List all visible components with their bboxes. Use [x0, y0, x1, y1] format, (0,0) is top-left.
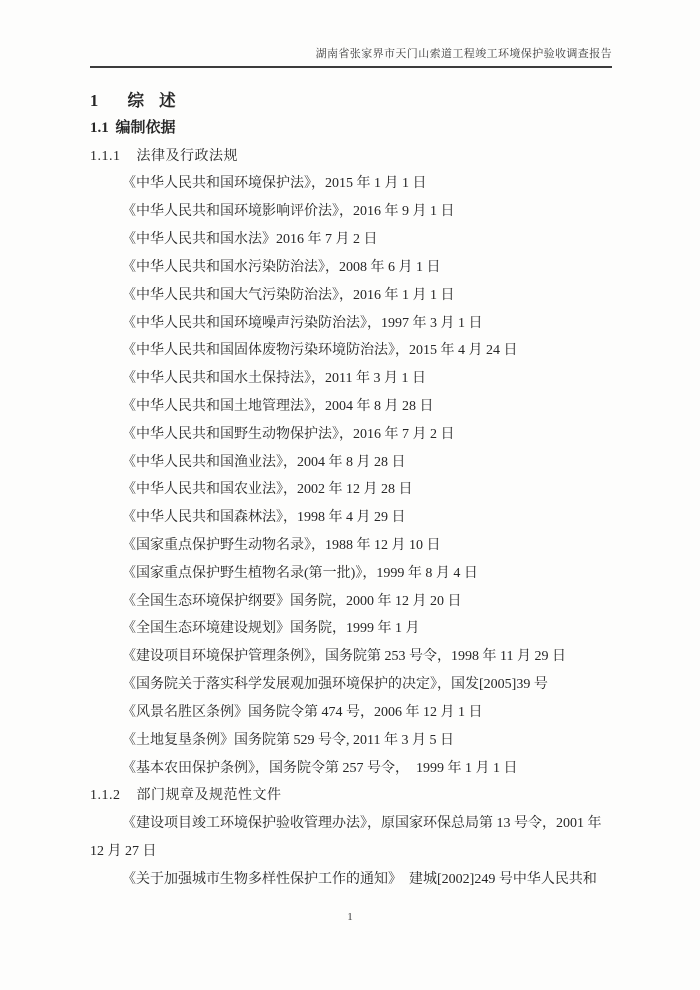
heading-1-overview: 1 综 述: [90, 87, 618, 115]
heading-1-1-2: 1.1.2 部门规章及规范性文件: [90, 782, 618, 810]
law-item: 《国家重点保护野生动物名录》，1988 年 12 月 10 日: [90, 532, 618, 560]
law-item: 《建设项目环境保护管理条例》，国务院第 253 号令，1998 年 11 月 2…: [90, 643, 618, 671]
law-item: 《基本农田保护条例》，国务院令第 257 号令， 1999 年 1 月 1 日: [90, 755, 618, 783]
law-item: 《全国生态环境保护纲要》国务院，2000 年 12 月 20 日: [90, 588, 618, 616]
law-item: 《关于加强城市生物多样性保护工作的通知》 建城[2002]249 号中华人民共和: [90, 866, 618, 894]
law-item: 《全国生态环境建设规划》国务院，1999 年 1 月: [90, 615, 618, 643]
law-item: 《中华人民共和国野生动物保护法》，2016 年 7 月 2 日: [90, 421, 618, 449]
law-item: 《国务院关于落实科学发展观加强环境保护的决定》，国发[2005]39 号: [90, 671, 618, 699]
law-item: 《中华人民共和国土地管理法》，2004 年 8 月 28 日: [90, 393, 618, 421]
running-head-title: 湖南省张家界市天门山索道工程竣工环境保护验收调查报告: [316, 45, 612, 61]
continuation-line: 12 月 27 日: [90, 838, 618, 866]
law-item: 《中华人民共和国农业法》，2002 年 12 月 28 日: [90, 476, 618, 504]
heading-1-1-1: 1.1.1 法律及行政法规: [90, 143, 618, 171]
law-item: 《国家重点保护野生植物名录(第一批)》，1999 年 8 月 4 日: [90, 560, 618, 588]
law-item: 《中华人民共和国环境噪声污染防治法》，1997 年 3 月 1 日: [90, 310, 618, 338]
law-item: 《中华人民共和国水土保持法》，2011 年 3 月 1 日: [90, 365, 618, 393]
heading-1-1: 1.1 编制依据: [90, 115, 618, 143]
law-item: 《中华人民共和国水污染防治法》，2008 年 6 月 1 日: [90, 254, 618, 282]
law-item: 《风景名胜区条例》国务院令第 474 号，2006 年 12 月 1 日: [90, 699, 618, 727]
law-item: 《中华人民共和国渔业法》，2004 年 8 月 28 日: [90, 449, 618, 477]
law-item: 《中华人民共和国森林法》，1998 年 4 月 29 日: [90, 504, 618, 532]
law-item: 《中华人民共和国大气污染防治法》，2016 年 1 月 1 日: [90, 282, 618, 310]
law-item: 《中华人民共和国环境影响评价法》，2016 年 9 月 1 日: [90, 198, 618, 226]
header-rule: [90, 66, 612, 68]
law-item: 《建设项目竣工环境保护验收管理办法》，原国家环保总局第 13 号令，2001 年: [90, 810, 618, 838]
law-item: 《中华人民共和国固体废物污染环境防治法》，2015 年 4 月 24 日: [90, 337, 618, 365]
law-item: 《中华人民共和国水法》2016 年 7 月 2 日: [90, 226, 618, 254]
page-number: 1: [0, 911, 700, 923]
law-item: 《土地复垦条例》国务院第 529 号令, 2011 年 3 月 5 日: [90, 727, 618, 755]
document-body: 1 综 述1.1 编制依据1.1.1 法律及行政法规《中华人民共和国环境保护法》…: [90, 87, 618, 894]
law-item: 《中华人民共和国环境保护法》，2015 年 1 月 1 日: [90, 170, 618, 198]
document-page: 湖南省张家界市天门山索道工程竣工环境保护验收调查报告 1 综 述1.1 编制依据…: [0, 0, 700, 990]
